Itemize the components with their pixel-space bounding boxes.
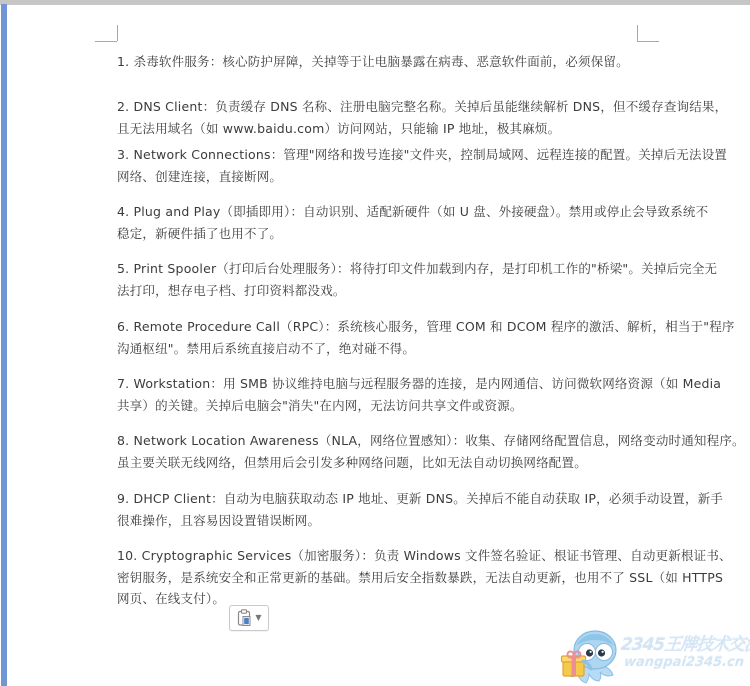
- clipboard-paste-icon: [236, 609, 252, 627]
- paragraph-8[interactable]: 8. Network Location Awareness（NLA，网络位置感知…: [117, 430, 745, 473]
- paragraph-9[interactable]: 9. DHCP Client：自动为电脑获取动态 IP 地址、更新 DNS。关掉…: [117, 488, 723, 531]
- document-window: { "window": { "top_strip_color": "#c6c6c…: [0, 0, 750, 686]
- text-boundary-mark-top-left: [95, 25, 118, 42]
- paragraph-6[interactable]: 6. Remote Procedure Call（RPC）：系统核心服务，管理 …: [117, 316, 735, 359]
- paragraph-2[interactable]: 2. DNS Client：负责缓存 DNS 名称、注册电脑完整名称。关掉后虽能…: [117, 96, 727, 139]
- chevron-down-icon: ▼: [255, 614, 261, 622]
- text-boundary-mark-top-right: [637, 25, 660, 42]
- paste-options-button[interactable]: ▼: [229, 605, 269, 631]
- paragraph-7[interactable]: 7. Workstation：用 SMB 协议维持电脑与远程服务器的连接，是内网…: [117, 373, 721, 416]
- paragraph-3[interactable]: 3. Network Connections：管理"网络和拨号连接"文件夹，控制…: [117, 144, 727, 187]
- paragraph-1[interactable]: 1. 杀毒软件服务：核心防护屏障，关掉等于让电脑暴露在病毒、恶意软件面前，必须保…: [117, 51, 629, 73]
- paragraph-5[interactable]: 5. Print Spooler（打印后台处理服务）：将待打印文件加载到内存，是…: [117, 258, 717, 301]
- paragraph-10[interactable]: 10. Cryptographic Services（加密服务）：负责 Wind…: [117, 545, 732, 610]
- paragraph-4[interactable]: 4. Plug and Play（即插即用）：自动识别、适配新硬件（如 U 盘、…: [117, 201, 708, 244]
